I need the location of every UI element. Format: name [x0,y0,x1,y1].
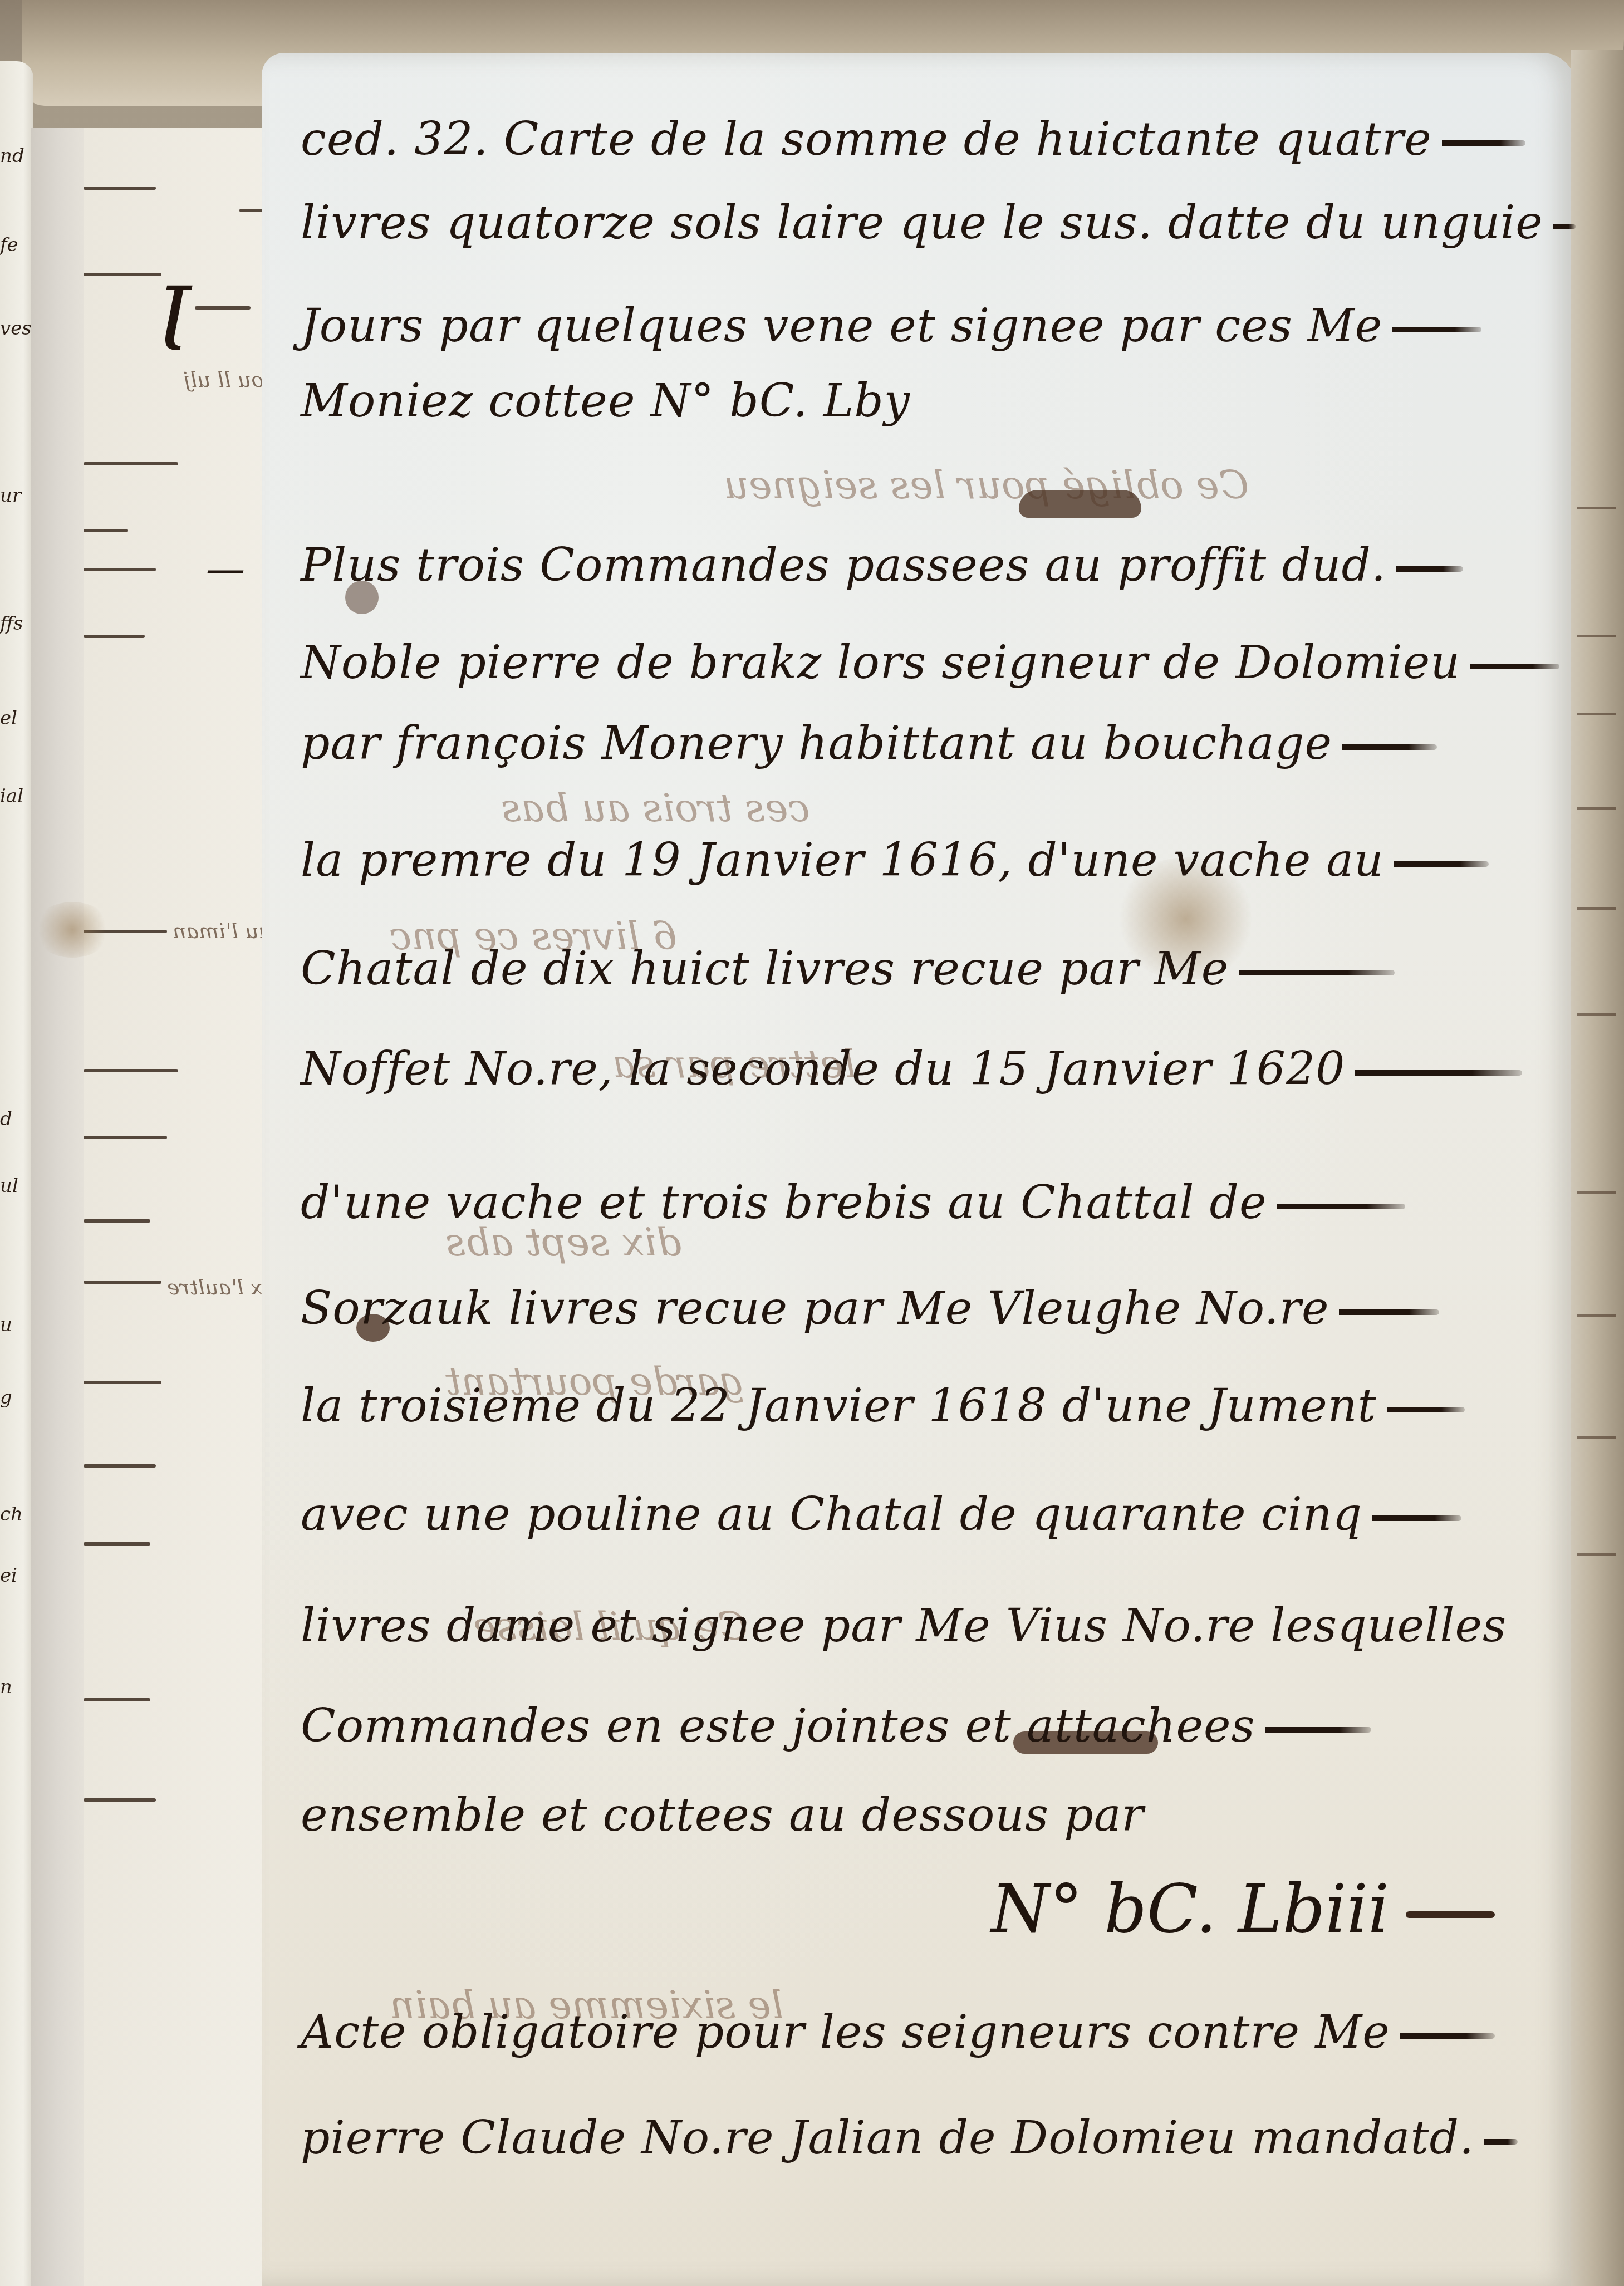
margin-fragment: fe [0,234,18,256]
volume-right-edge [1571,50,1624,2286]
manuscript-line: pierre Claude No.re Jalian de Dolomieu m… [301,2116,1518,2161]
manuscript-line: ced. 32. Carte de la somme de huictante … [301,117,1525,163]
margin-fragment: nd [0,145,24,167]
manuscript-line: livres dame et signee par Me Vius No.re … [301,1603,1507,1649]
manuscript-line: livres quatorze sols laire que le sus. d… [301,200,1576,246]
manuscript-line: d'une vache et trois brebis au Chattal d… [301,1180,1405,1226]
manuscript-photo: nd fe ves ur ffs el ial d ul u g ch ei n… [0,0,1624,2286]
margin-fragment: ial [0,785,23,807]
margin-fragment: u [0,1314,12,1336]
margin-fragment: ul [0,1175,18,1197]
margin-bracket-mark: Ɩ [156,267,191,371]
margin-fragment: ves [0,317,32,340]
manuscript-line: Plus trois Commandes passees au proffit … [301,543,1463,588]
margin-fragment: ei [0,1564,17,1587]
manuscript-line: la premre du 19 Janvier 1616, d'une vach… [301,838,1489,884]
show-through-text: ou ll ulj [184,367,264,392]
manuscript-line: Moniez cottee N° bC. Lby [301,379,910,424]
margin-fragment: ffs [0,612,23,635]
binding-gutter [31,128,86,2286]
manuscript-line: ensemble et cottees au dessous par [301,1793,1144,1838]
facing-page-edge: nd fe ves ur ffs el ial d ul u g ch ei n [0,61,33,2286]
margin-fragment: ur [0,484,21,507]
margin-fragment: ch [0,1503,23,1525]
manuscript-line: Jours par quelques vene et signee par ce… [301,303,1481,349]
manuscript-line: par françois Monery habittant au bouchag… [301,721,1437,767]
margin-fragment: d [0,1108,12,1130]
manuscript-line: Commandes en este jointes et attachees [301,1704,1371,1749]
manuscript-line: avec une pouline au Chatal de quarante c… [301,1492,1461,1538]
manuscript-line: Chatal de dix huict livres recue par Me [301,946,1395,992]
manuscript-line: Sorzauk livres recue par Me Vleughe No.r… [301,1286,1439,1332]
reference-number-mark: N° bC. Lbiii [991,1871,1495,1948]
manuscript-line: Noffet No.re, la seconde du 15 Janvier 1… [301,1047,1522,1092]
manuscript-line: Acte obligatoire pour les seigneurs cont… [301,2010,1495,2056]
margin-fragment: el [0,707,17,729]
margin-fragment: g [0,1386,12,1409]
manuscript-line: Noble pierre de brakz lors seigneur de D… [301,640,1559,686]
margin-dash-mark: — [206,546,245,591]
margin-fragment: n [0,1676,12,1698]
manuscript-line: la troisieme du 22 Janvier 1618 d'une Ju… [301,1384,1465,1429]
